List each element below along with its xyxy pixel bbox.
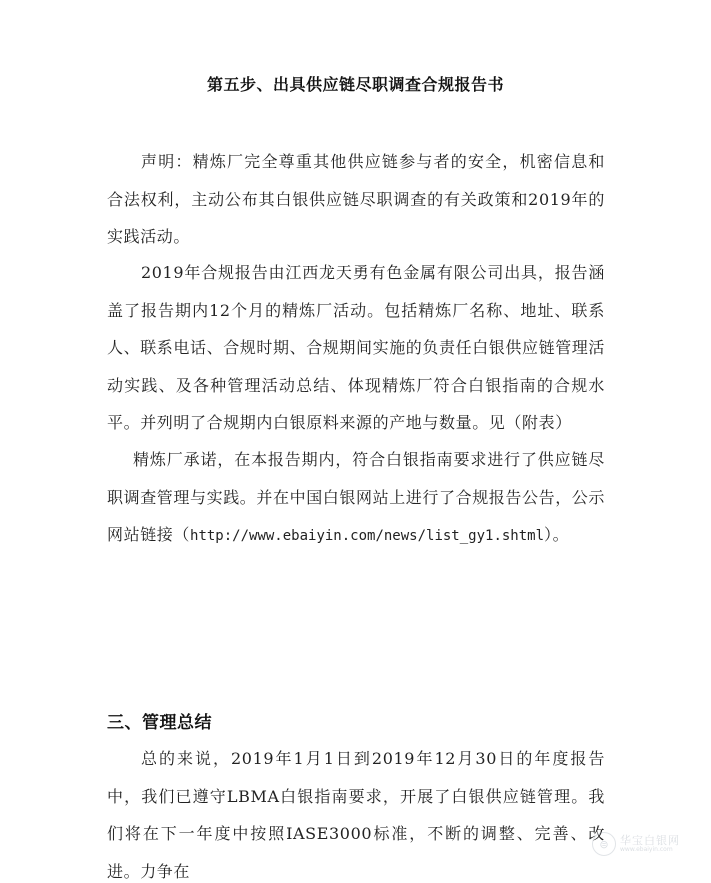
website-link[interactable]: http://www.ebaiyin.com/news/list_gy1.sht… bbox=[190, 528, 544, 544]
page-title: 第五步、出具供应链尽职调查合规报告书 bbox=[0, 72, 711, 95]
summary-paragraph: 总的来说，2019年1月1日到2019年12月30日的年度报告中，我们已遵守LB… bbox=[107, 740, 605, 883]
commitment-text-end: ）。 bbox=[544, 525, 569, 544]
watermark: ⊜ 华宝白银网 www.ebaiyin.com bbox=[592, 832, 680, 856]
commitment-paragraph: 精炼厂承诺，在本报告期内，符合白银指南要求进行了供应链尽职调查管理与实践。并在中… bbox=[107, 441, 605, 556]
document-page: 第五步、出具供应链尽职调查合规报告书 声明：精炼厂完全尊重其他供应链参与者的安全… bbox=[0, 0, 711, 883]
watermark-url: www.ebaiyin.com bbox=[620, 847, 680, 854]
statement-paragraph: 声明：精炼厂完全尊重其他供应链参与者的安全，机密信息和合法权利，主动公布其白银供… bbox=[107, 143, 605, 256]
logo-circle-icon: ⊜ bbox=[592, 832, 616, 856]
report-scope-paragraph: 2019年合规报告由江西龙天勇有色金属有限公司出具，报告涵盖了报告期内12个月的… bbox=[107, 254, 605, 442]
section-heading: 三、管理总结 bbox=[107, 708, 212, 733]
watermark-name: 华宝白银网 bbox=[620, 835, 680, 847]
